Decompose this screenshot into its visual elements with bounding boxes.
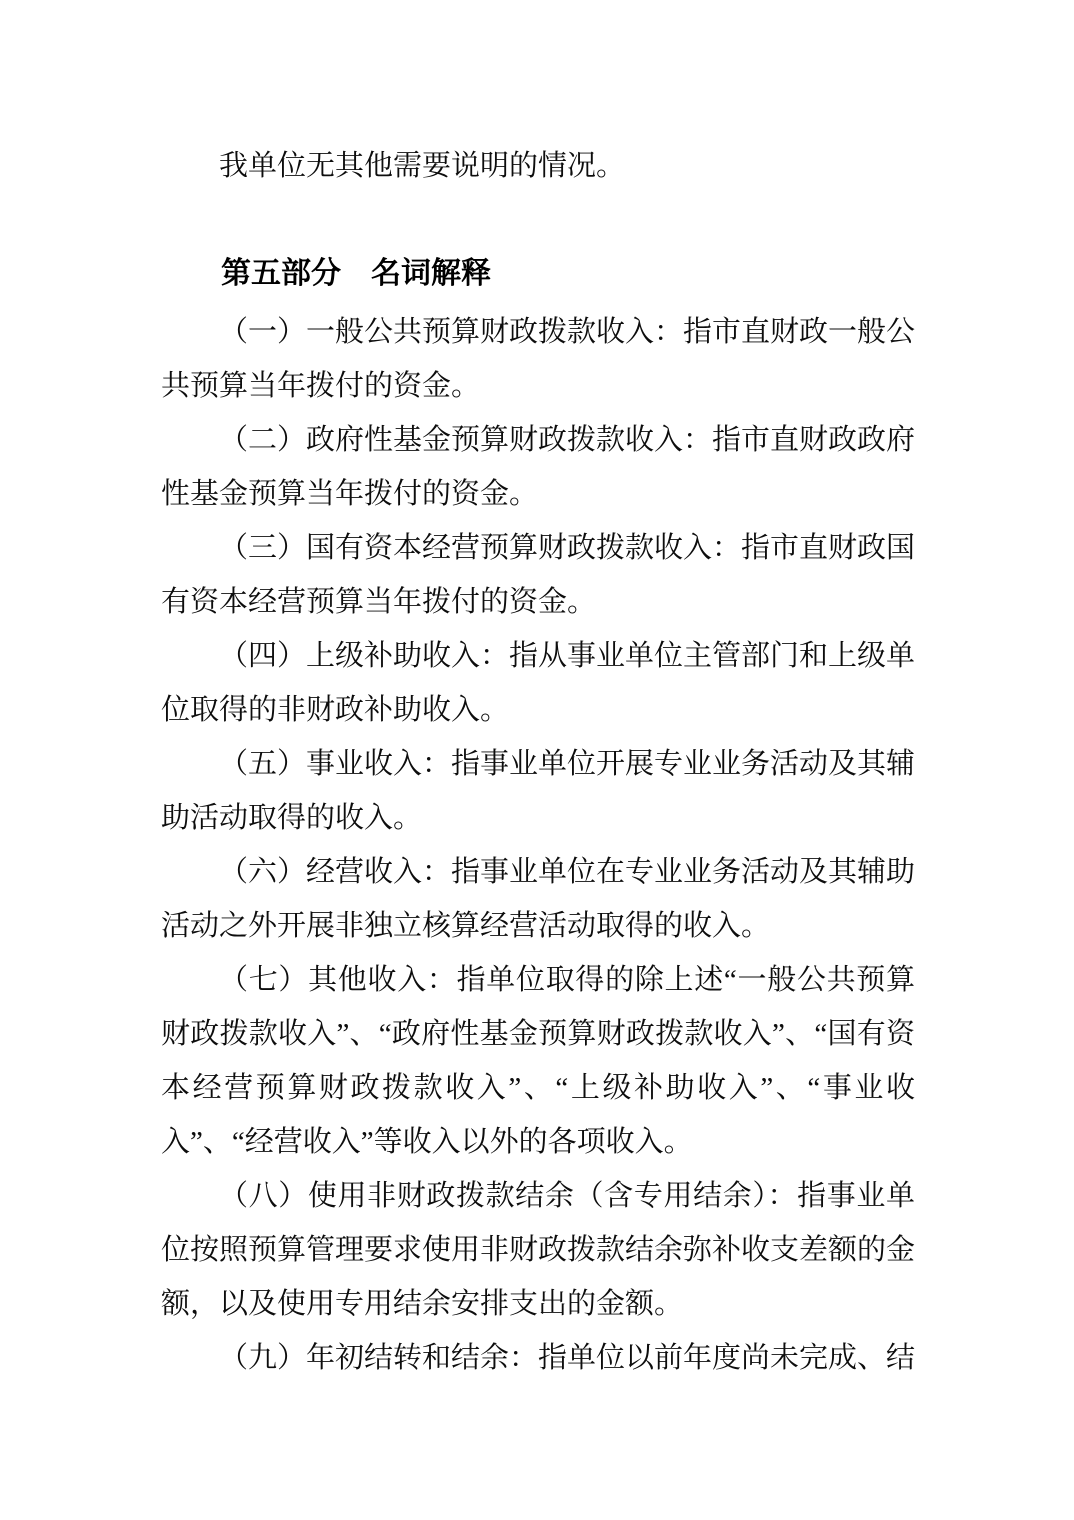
document-content: 我单位无其他需要说明的情况。 第五部分 名词解释 （一）一般公共预算财政拨款收入… [161,139,915,1385]
term-definition-6: （六）经营收入：指事业单位在专业业务活动及其辅助活动之外开展非独立核算经营活动取… [161,845,915,953]
section-heading: 第五部分 名词解释 [161,247,915,301]
intro-paragraph: 我单位无其他需要说明的情况。 [161,139,915,193]
term-definition-8: （八）使用非财政拨款结余（含专用结余）：指事业单位按照预算管理要求使用非财政拨款… [161,1169,915,1331]
term-definition-5: （五）事业收入：指事业单位开展专业业务活动及其辅助活动取得的收入。 [161,737,915,845]
term-definition-4: （四）上级补助收入：指从事业单位主管部门和上级单位取得的非财政补助收入。 [161,629,915,737]
term-definition-9: （九）年初结转和结余：指单位以前年度尚未完成、结 [161,1331,915,1385]
term-definition-3: （三）国有资本经营预算财政拨款收入：指市直财政国有资本经营预算当年拨付的资金。 [161,521,915,629]
blank-line [161,193,915,247]
document-page: 我单位无其他需要说明的情况。 第五部分 名词解释 （一）一般公共预算财政拨款收入… [0,0,1074,1520]
term-definition-1: （一）一般公共预算财政拨款收入：指市直财政一般公共预算当年拨付的资金。 [161,305,915,413]
term-definition-2: （二）政府性基金预算财政拨款收入：指市直财政政府性基金预算当年拨付的资金。 [161,413,915,521]
term-definition-7: （七）其他收入：指单位取得的除上述“一般公共预算财政拨款收入”、“政府性基金预算… [161,953,915,1169]
